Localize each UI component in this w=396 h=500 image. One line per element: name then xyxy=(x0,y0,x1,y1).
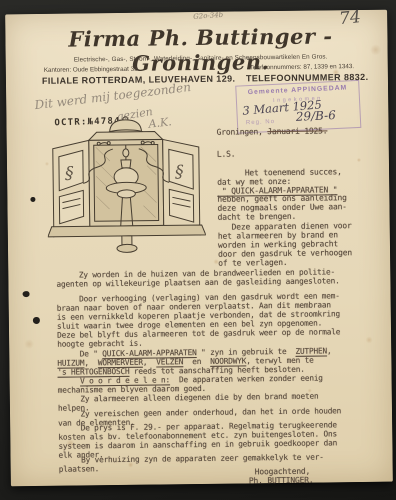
letter-paragraph: Deze apparaten dienen voor het alarmeere… xyxy=(218,221,393,268)
stamp-reg-value: 29/B-6 xyxy=(295,108,336,124)
svg-text:§: § xyxy=(65,164,74,184)
stamp-reg-label: Reg. No xyxy=(246,119,275,126)
letter-paragraph: Door verhooging (verlaging) van den gasd… xyxy=(57,291,380,349)
letter-salutation: L.S. xyxy=(217,149,391,160)
letter-paper: G2o-34b 74 Firma Ph. Buttinger - Groning… xyxy=(5,10,393,487)
phone-numbers: Telefoonnummers: 87, 1339 en 1343. xyxy=(250,63,354,71)
received-stamp: Gemeente APPINGEDAM Ingekomen 3 Maart 19… xyxy=(235,80,361,134)
letter-dateline: Groningen, Januari 1925. xyxy=(217,127,391,138)
scan-background: G2o-34b 74 Firma Ph. Buttinger - Groning… xyxy=(0,0,396,500)
letter-signature: Ph. BUTTINGER. xyxy=(249,476,314,486)
branch-address: FILIALE ROTTERDAM, LEUVEHAVEN 129. xyxy=(42,74,236,86)
letter-paragraph: By verhuizing zyn de apparaten zeer gema… xyxy=(59,452,381,474)
punch-hole xyxy=(33,317,40,324)
quick-alarm-apparatus-illustration: § § xyxy=(46,115,206,257)
archive-code-annotation: G2o-34b xyxy=(193,11,223,21)
letter-paragraph: Zy worden in de huizen van de brandweerl… xyxy=(56,267,378,289)
punch-hole xyxy=(23,291,30,297)
punch-hole xyxy=(30,197,35,202)
office-address: Kantoren: Oude Ebbingestraat 33. xyxy=(44,66,140,74)
letter-paragraph: De " QUICK-ALARM-APPARATEN " zyn in gebr… xyxy=(57,346,379,377)
letter-paragraph: Het toenemend succes, dat wy met onze: "… xyxy=(217,168,392,223)
svg-text:§: § xyxy=(175,162,184,182)
